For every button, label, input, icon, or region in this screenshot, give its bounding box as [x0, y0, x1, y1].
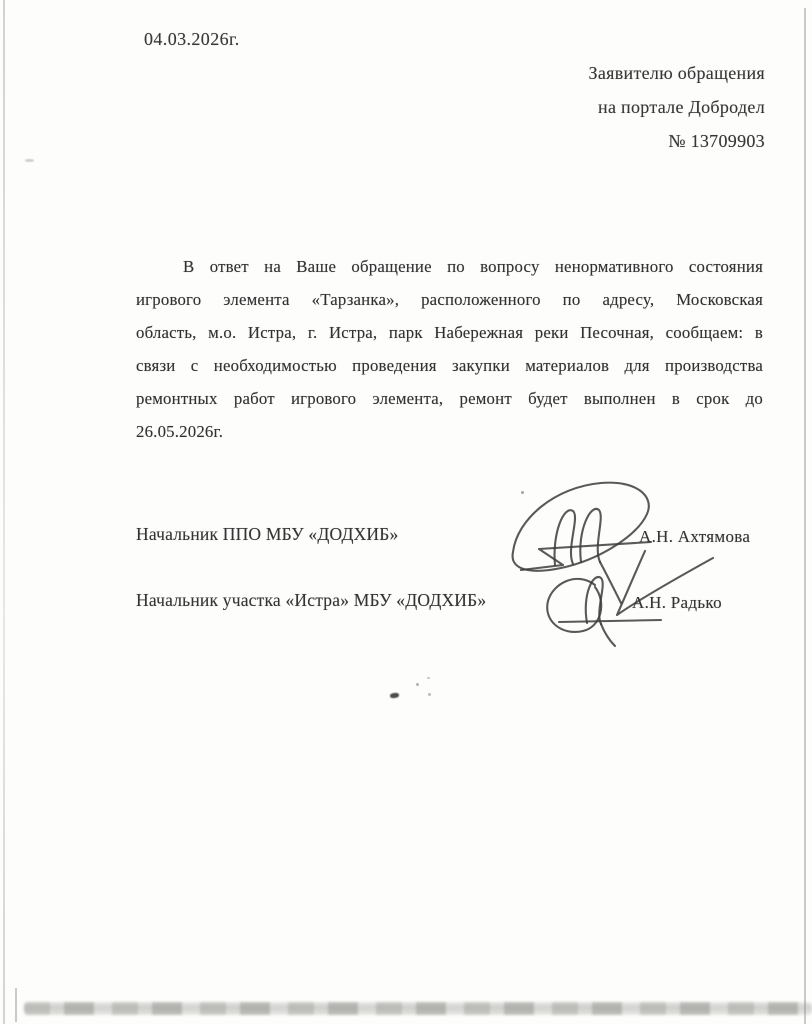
scan-speck — [428, 693, 431, 696]
body-line: связи с необходимостью проведения закупк… — [136, 349, 763, 382]
recipient-line-2: на портале Добродел — [589, 90, 765, 124]
scan-edge-tick — [15, 988, 17, 1022]
scan-speck — [416, 683, 419, 686]
scan-edge-line-right — [804, 8, 806, 1024]
signature-title-1: Начальник ППО МБУ «ДОДХИБ» — [136, 524, 398, 545]
body-line: ремонтных работ игрового элемента, ремон… — [136, 382, 763, 415]
letter-date: 04.03.2026г. — [144, 29, 240, 50]
scan-smudge-band — [24, 1002, 812, 1015]
body-paragraph: В ответ на Ваше обращение по вопросу нен… — [136, 250, 763, 448]
signature-title-2: Начальник участка «Истра» МБУ «ДОДХИБ» — [136, 590, 486, 611]
case-number: № 13709903 — [589, 124, 765, 158]
body-line: В ответ на Ваше обращение по вопросу нен… — [136, 250, 763, 283]
recipient-line-1: Заявителю обращения — [589, 56, 765, 90]
scan-speck — [427, 677, 430, 679]
recipient-block: Заявителю обращения на портале Добродел … — [589, 56, 765, 158]
scan-speck — [390, 692, 400, 698]
body-line: область, м.о. Истра, г. Истра, парк Набе… — [136, 316, 763, 349]
scanned-letter-page: 04.03.2026г. Заявителю обращения на порт… — [0, 0, 812, 1024]
body-line: 26.05.2026г. — [136, 415, 763, 448]
scan-speck — [25, 159, 34, 162]
signatory-name-2: А.Н. Радько — [632, 593, 722, 613]
scan-speck — [521, 491, 524, 494]
scan-edge-line-left — [3, 0, 5, 1024]
body-line: игрового элемента «Тарзанка», расположен… — [136, 283, 763, 316]
